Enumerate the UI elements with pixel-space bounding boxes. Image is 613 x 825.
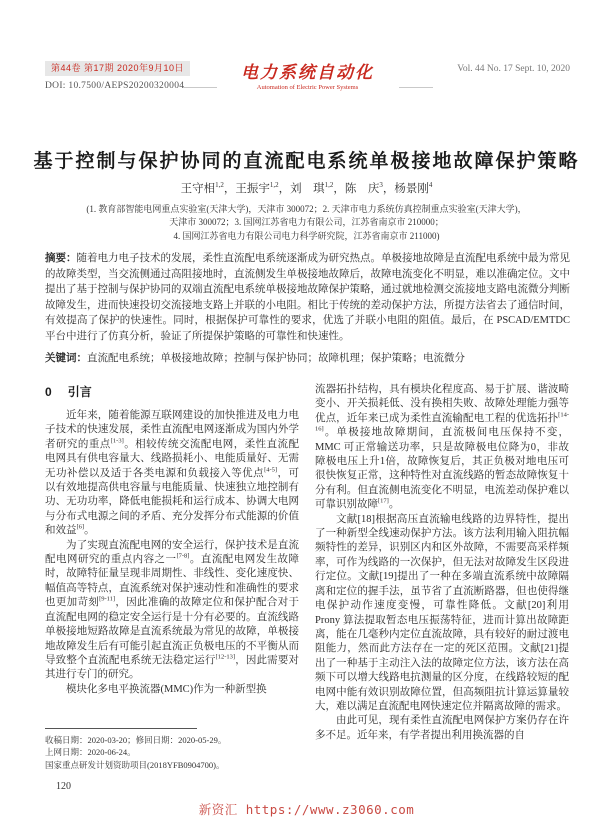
body-paragraph: 文献[18]根据高压直流输电线路的边界特性，提出了一种新型全线速动保护方法。该方… bbox=[315, 513, 569, 715]
keywords-label: 关键词： bbox=[45, 352, 87, 364]
journal-logo: 电力系统自动化 Automation of Electric Power Sys… bbox=[223, 58, 393, 91]
keywords-block: 关键词：直流配电系统；单极接地故障；控制与保护协同；故障机理；保护策略；电流微分 bbox=[45, 351, 570, 367]
body-columns: 0引言 近年来，随着能源互联网建设的加快推进及电力电子技术的快速发展，柔性直流配… bbox=[45, 383, 570, 771]
doi-text: DOI: 10.7500/AEPS20200320004 bbox=[45, 81, 184, 91]
body-paragraph: 模块化多电平换流器(MMC)作为一种新型换 bbox=[45, 683, 299, 697]
body-paragraph: 为了实现直流配电网的安全运行，保护技术是直流配电网研究的重点内容之一[7-8]。… bbox=[45, 539, 299, 683]
section-heading-intro: 0引言 bbox=[45, 383, 299, 400]
abstract-label: 摘要： bbox=[45, 252, 77, 264]
watermark-link[interactable]: 新资汇 https://www.z3060.com bbox=[0, 800, 613, 818]
abstract-block: 摘要：随着电力电子技术的发展，柔性直流配电系统逐渐成为研究热点。单极接地故障是直… bbox=[45, 251, 570, 345]
author-list: 王守相1,2，王振宇1,2，刘 琪1,2，陈 庆3，杨景刚4 bbox=[0, 180, 613, 196]
journal-header: 第44卷 第17期 2020年9月10日 DOI: 10.7500/AEPS20… bbox=[45, 58, 570, 106]
affiliation-line: 4. 国网江苏省电力有限公司电力科学研究院，江苏省南京市 211000) bbox=[25, 230, 588, 243]
affiliation-line: 天津市 300072；3. 国网江苏省电力有限公司，江苏省南京市 210000； bbox=[25, 216, 588, 229]
affiliation-line: (1. 教育部智能电网重点实验室(天津大学)，天津市 300072；2. 天津市… bbox=[25, 203, 588, 216]
footnote-line: 国家重点研发计划资助项目(2018YFB0904700)。 bbox=[45, 759, 299, 771]
paper-title: 基于控制与保护协同的直流配电系统单极接地故障保护策略 bbox=[25, 146, 588, 173]
left-column: 0引言 近年来，随着能源互联网建设的加快推进及电力电子技术的快速发展，柔性直流配… bbox=[45, 383, 299, 771]
journal-logo-cn: 电力系统自动化 bbox=[223, 58, 393, 83]
logo-divider-left bbox=[183, 87, 217, 88]
issue-info-badge: 第44卷 第17期 2020年9月10日 bbox=[45, 61, 190, 76]
logo-divider-right bbox=[399, 87, 433, 88]
section-title: 引言 bbox=[68, 385, 92, 399]
body-paragraph: 流器拓扑结构，具有模块化程度高、易于扩展、谐波畸变小、开关损耗低、没有换相失败、… bbox=[315, 383, 569, 513]
right-column: 流器拓扑结构，具有模块化程度高、易于扩展、谐波畸变小、开关损耗低、没有换相失败、… bbox=[315, 383, 569, 771]
paper-page: 第44卷 第17期 2020年9月10日 DOI: 10.7500/AEPS20… bbox=[0, 0, 613, 825]
body-paragraph: 由此可见，现有柔性直流配电网保护方案仍存在许多不足。近年来，有学者提出利用换流器… bbox=[315, 714, 569, 743]
footnote-line: 上网日期：2020-06-24。 bbox=[45, 746, 299, 758]
affiliations: (1. 教育部智能电网重点实验室(天津大学)，天津市 300072；2. 天津市… bbox=[25, 203, 588, 243]
page-number: 120 bbox=[56, 781, 71, 792]
volume-info-en: Vol. 44 No. 17 Sept. 10, 2020 bbox=[457, 64, 570, 74]
footnote-block: 收稿日期：2020-03-20；修回日期：2020-05-29。 上网日期：20… bbox=[45, 728, 299, 771]
keywords-text: 直流配电系统；单极接地故障；控制与保护协同；故障机理；保护策略；电流微分 bbox=[87, 353, 465, 364]
footnote-line: 收稿日期：2020-03-20；修回日期：2020-05-29。 bbox=[45, 734, 299, 746]
abstract-text: 随着电力电子技术的发展，柔性直流配电系统逐渐成为研究热点。单极接地故障是直流配电… bbox=[45, 253, 570, 342]
body-paragraph: 近年来，随着能源互联网建设的加快推进及电力电子技术的快速发展，柔性直流配电网逐渐… bbox=[45, 409, 299, 539]
journal-logo-en: Automation of Electric Power Systems bbox=[223, 84, 393, 91]
footnote-rule bbox=[45, 728, 197, 729]
section-number: 0 bbox=[45, 385, 52, 399]
